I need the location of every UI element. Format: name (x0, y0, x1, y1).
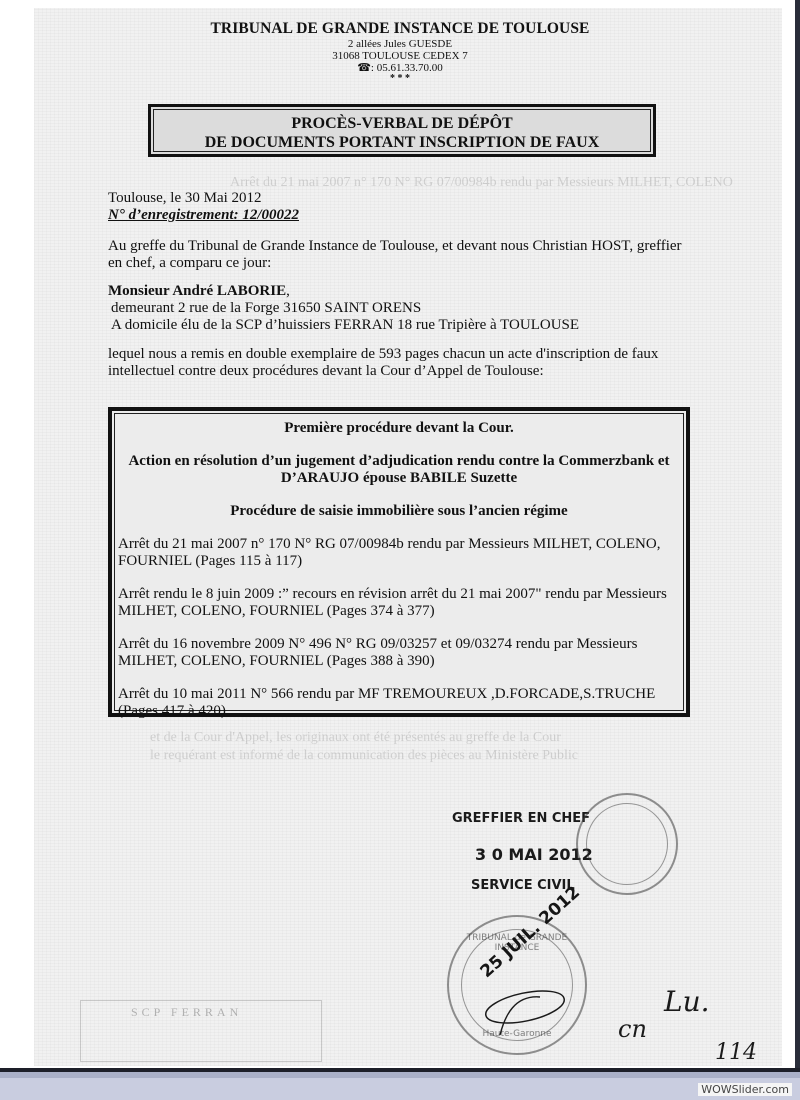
greffier-stamp-title: GREFFIER EN CHEF (452, 811, 590, 826)
procedure-box: Première procédure devant la Cour. Actio… (108, 407, 690, 717)
ruling-item: Arrêt du 21 mai 2007 n° 170 N° RG 07/009… (118, 536, 680, 570)
greffier-stamp-date: 3 0 MAI 2012 (475, 845, 593, 864)
court-header: TRIBUNAL DE GRANDE INSTANCE DE TOULOUSE … (0, 20, 800, 83)
procedure-action: Action en résolution d’un jugement d’adj… (118, 453, 680, 487)
party-domicile: A domicile élu de la SCP d’huissiers FER… (108, 317, 688, 334)
greffier-stamp-service: SERVICE CIVIL (471, 878, 575, 893)
procedure-subheading: Procédure de saisie immobilière sous l’a… (118, 503, 680, 520)
watermark: WOWSlider.com (698, 1083, 792, 1096)
ruling-item: Arrêt du 16 novembre 2009 N° 496 N° RG 0… (118, 636, 680, 670)
court-seal-icon (576, 793, 678, 895)
place-date: Toulouse, le 30 Mai 2012 (108, 190, 688, 207)
title-line-1: PROCÈS-VERBAL DE DÉPÔT (151, 114, 653, 133)
bleed-through-text: Arrêt du 21 mai 2007 n° 170 N° RG 07/009… (230, 175, 733, 191)
procedure-heading: Première procédure devant la Cour. (118, 420, 680, 437)
document-title: PROCÈS-VERBAL DE DÉPÔT DE DOCUMENTS PORT… (151, 114, 653, 152)
frame-edge-right (795, 0, 800, 1070)
title-line-2: DE DOCUMENTS PORTANT INSCRIPTION DE FAUX (151, 133, 653, 152)
header-separator: * * * (0, 74, 800, 83)
handwritten-cn: cn (618, 1015, 647, 1043)
court-address-line1: 2 allées Jules GUESDE (0, 38, 800, 50)
procedure-content: Première procédure devant la Cour. Actio… (118, 417, 680, 736)
party-block: Monsieur André LABORIE, demeurant 2 rue … (108, 283, 688, 334)
ruling-item: Arrêt rendu le 8 juin 2009 :” recours en… (118, 586, 680, 620)
statement-paragraph: lequel nous a remis en double exemplaire… (108, 346, 700, 380)
frame-edge-bottom (0, 1068, 800, 1100)
handwritten-page-number: 114 (715, 1040, 757, 1065)
court-address-line2: 31068 TOULOUSE CEDEX 7 (0, 50, 800, 62)
party-address: demeurant 2 rue de la Forge 31650 SAINT … (108, 300, 688, 317)
faded-scp-stamp: SCP FERRAN (80, 1000, 322, 1062)
party-name: Monsieur André LABORIE (108, 283, 286, 299)
bleed-through-text: le requérant est informé de la communica… (150, 748, 578, 764)
court-name: TRIBUNAL DE GRANDE INSTANCE DE TOULOUSE (0, 20, 800, 38)
ruling-item: Arrêt du 10 mai 2011 N° 566 rendu par MF… (118, 686, 680, 720)
signature-icon (480, 985, 570, 1045)
handwritten-initials: Lu. (664, 985, 710, 1018)
registration-number: N° d’enregistrement: 12/00022 (108, 207, 688, 224)
document-title-box: PROCÈS-VERBAL DE DÉPÔT DE DOCUMENTS PORT… (148, 104, 656, 157)
intro-paragraph: Au greffe du Tribunal de Grande Instance… (108, 238, 693, 272)
